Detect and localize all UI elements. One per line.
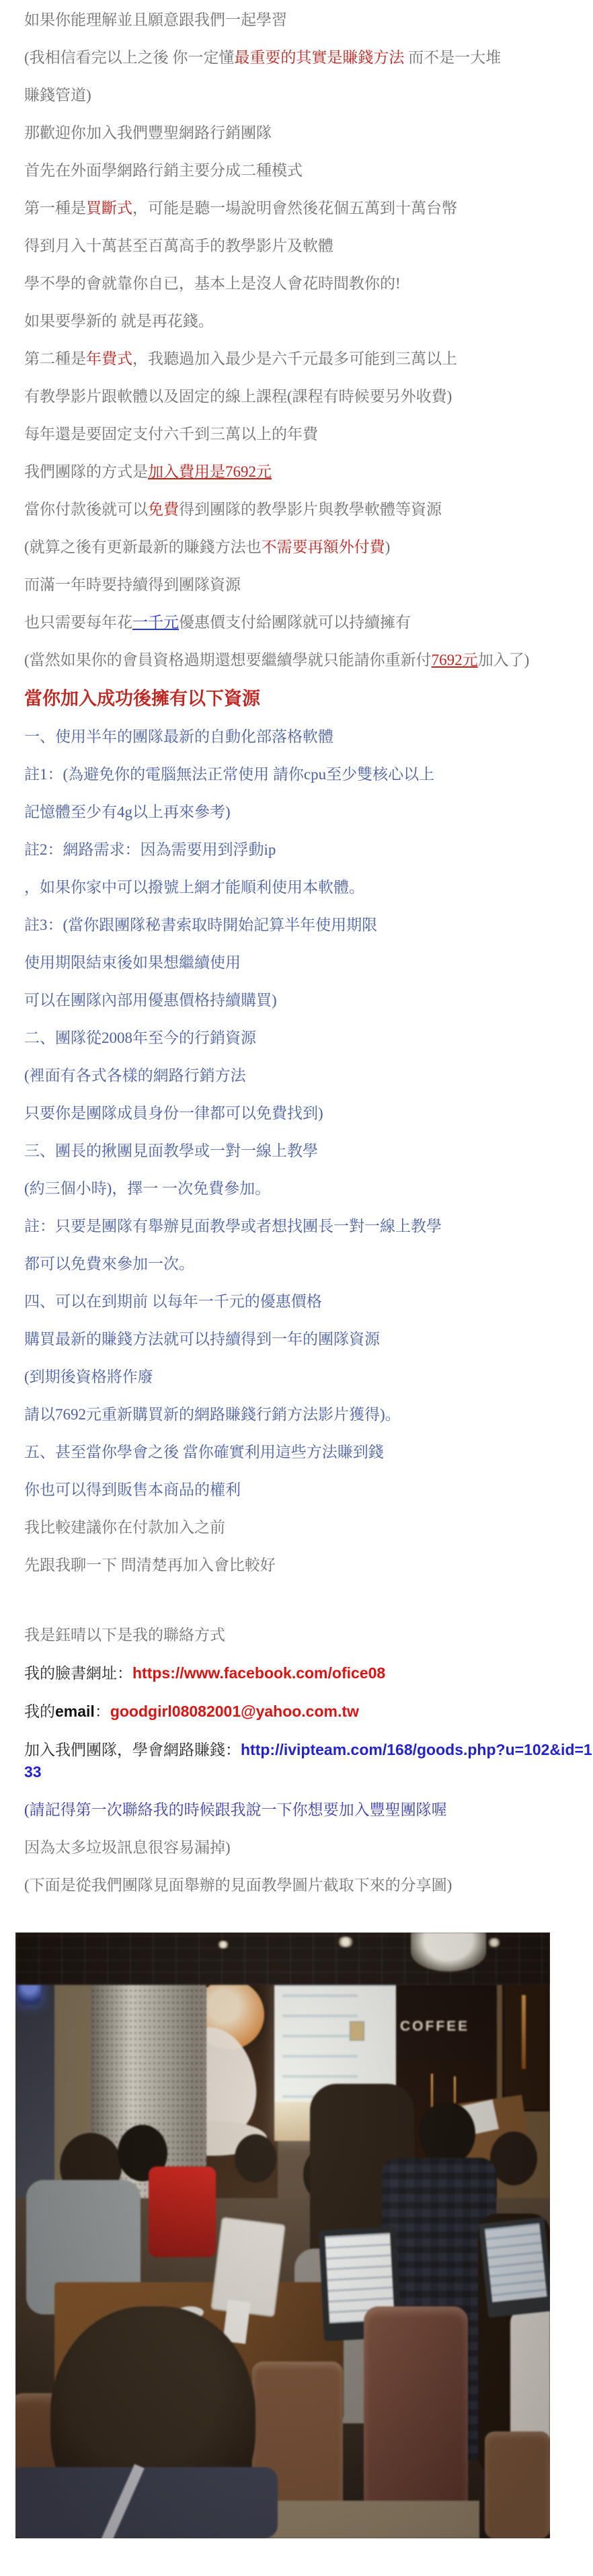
paragraph: 有教學影片跟軟體以及固定的線上課程(課程有時候要另外收費) [24,386,593,407]
paragraph: 五、甚至當你學會之後 當你確實利用這些方法賺到錢 [24,1442,593,1463]
text-segment: ) [385,539,391,555]
paragraph: 每年還是要固定支付六千到三萬以上的年費 [24,424,593,445]
paragraph: 使用期限結束後如果想繼續使用 [24,952,593,974]
paragraph: 第一種是買斷式，可能是聽一場說明會然後花個五萬到十萬台幣 [24,198,593,219]
paragraph: 先跟我聊一下 問清楚再加入會比較好 [24,1555,593,1576]
paragraph: 因為太多垃圾訊息很容易漏掉) [24,1837,593,1859]
paragraph: 只要你是團隊成員身份一律都可以免費找到) [24,1103,593,1124]
text-segment: (請記得第一次聯絡我的時候跟我說一下你想要加入豐聖團隊喔 [24,1801,447,1818]
paragraph: 註：只要是團隊有舉辦見面教學或者想找團長一對一線上教學 [24,1216,593,1237]
paragraph: (就算之後有更新最新的賺錢方法也不需要再額外付費) [24,537,593,558]
paragraph: (下面是從我們團隊見面舉辦的見面教學圖片截取下來的分享圖) [24,1875,593,1896]
text-segment: 購買最新的賺錢方法就可以持續得到一年的團隊資源 [24,1331,380,1348]
paragraph: (請記得第一次聯絡我的時候跟我說一下你想要加入豐聖團隊喔 [24,1799,593,1821]
text-segment: 得到團隊的教學影片與教學軟體等資源 [179,501,442,518]
text-segment: 年費式 [86,350,132,367]
text-segment: 都可以免費來參加一次。 [24,1255,194,1272]
text-segment: 買斷式 [86,200,132,217]
paragraph: 學不學的會就靠你自已，基本上是沒人會花時間教你的! [24,273,593,295]
text-segment: email [55,1703,95,1720]
text-segment: 因為太多垃圾訊息很容易漏掉) [24,1839,231,1856]
paragraph: 而滿一年時要持續得到團隊資源 [24,574,593,596]
text-segment: 加入了) [478,652,530,668]
paragraph: 如果你能理解並且願意跟我們一起學習 [24,9,593,31]
paragraph: 註2：網路需求：因為需要用到浮動ip [24,839,593,861]
text-segment: 使用期限結束後如果想繼續使用 [24,954,241,971]
paragraph: 首先在外面學網路行銷主要分成二種模式 [24,160,593,182]
text-segment: 我的臉書網址： [24,1665,132,1682]
text-segment: (下面是從我們團隊見面舉辦的見面教學圖片截取下來的分享圖) [24,1877,452,1894]
paragraph: 我比較建議你在付款加入之前 [24,1517,593,1538]
text-segment: 有教學影片跟軟體以及固定的線上課程(課程有時候要另外收費) [24,388,452,405]
paragraph: 請以7692元重新購買新的網路賺錢行銷方法影片獲得)。 [24,1404,593,1426]
text-segment: 我是鈺晴以下是我的聯絡方式 [24,1627,225,1643]
paragraph: 註3：(當你跟團隊秘書索取時開始記算半年使用期限 [24,914,593,936]
link[interactable]: goodgirl08082001@yahoo.com.tw [110,1703,359,1720]
paragraph: (到期後資格將作廢 [24,1366,593,1388]
text-segment: 註：只要是團隊有舉辦見面教學或者想找團長一對一線上教學 [24,1218,442,1235]
text-segment: ，可能是聽一場說明會然後花個五萬到十萬台幣 [132,200,457,217]
text-segment: 第二種是 [24,350,86,367]
paragraph: 賺錢管道) [24,85,593,106]
text-segment: (約三個小時)，擇一 一次免費參加。 [24,1180,270,1197]
text-segment: 而滿一年時要持續得到團隊資源 [24,576,241,593]
text-segment: 第一種是 [24,200,86,217]
paragraph: 當你付款後就可以免費得到團隊的教學影片與教學軟體等資源 [24,499,593,520]
text-segment: (就算之後有更新最新的賺錢方法也 [24,539,262,555]
text-segment: 我們團隊的方式是 [24,463,148,480]
paragraph: 二、團隊從2008年至今的行銷資源 [24,1027,593,1049]
text-segment: 你也可以得到販售本商品的權利 [24,1481,241,1498]
text-segment: 記憶體至少有4g以上再來參考) [24,804,231,820]
paragraph: 三、團長的揪團見面教學或一對一線上教學 [24,1140,593,1162]
text-segment: 請以7692元重新購買新的網路賺錢行銷方法影片獲得)。 [24,1406,401,1423]
text-segment: 不需要再額外付費 [262,539,385,555]
link[interactable]: https://www.facebook.com/ofice08 [132,1664,385,1682]
text-segment: 我比較建議你在付款加入之前 [24,1519,225,1536]
paragraph: ，如果你家中可以撥號上網才能順利使用本軟體。 [24,877,593,898]
text-segment: ，我聽過加入最少是六千元最多可能到三萬以上 [132,350,457,367]
paragraph: 我的email：goodgirl08082001@yahoo.com.tw [24,1701,593,1723]
section-heading: 當你加入成功後擁有以下資源 [24,687,593,710]
paragraph: (當然如果你的會員資格過期還想要繼續學就只能請你重新付7692元加入了) [24,650,593,671]
text-segment: 可以在團隊內部用優惠價格持續購買) [24,992,277,1009]
text-segment: (裡面有各式各樣的網路行銷方法 [24,1067,246,1084]
text-segment: (當然如果你的會員資格過期還想要繼續學就只能請你重新付 [24,652,432,668]
paragraph: 我是鈺晴以下是我的聯絡方式 [24,1625,593,1646]
text-segment: 每年還是要固定支付六千到三萬以上的年費 [24,426,318,442]
text-segment: 二、團隊從2008年至今的行銷資源 [24,1029,256,1046]
seminar-photo: COFFEE [15,1933,550,2538]
text-segment: 當你付款後就可以 [24,501,148,518]
link[interactable]: 一千元 [132,614,179,631]
text-segment: 如果要學新的 就是再花錢。 [24,313,214,329]
text-segment: 註3：(當你跟團隊秘書索取時開始記算半年使用期限 [24,916,377,933]
paragraph: 你也可以得到販售本商品的權利 [24,1479,593,1501]
link[interactable]: 加入費用是7692元 [148,463,272,480]
paragraph: (裡面有各式各樣的網路行銷方法 [24,1065,593,1087]
paragraph: 都可以免費來參加一次。 [24,1253,593,1275]
text-segment: 四、可以在到期前 以每年一千元的優惠價格 [24,1293,322,1310]
link[interactable]: 7692元 [432,652,478,668]
text-segment: 我的 [24,1703,55,1720]
text-segment: ，如果你家中可以撥號上網才能順利使用本軟體。 [24,879,364,896]
paragraph: 購買最新的賺錢方法就可以持續得到一年的團隊資源 [24,1329,593,1350]
text-segment: 那歡迎你加入我們豐聖網路行銷團隊 [24,124,272,141]
photo-vignette [15,1933,550,2538]
text-segment: 首先在外面學網路行銷主要分成二種模式 [24,162,303,179]
text-segment: (到期後資格將作廢 [24,1368,153,1385]
paragraph: 我的臉書網址：https://www.facebook.com/ofice08 [24,1662,593,1684]
paragraph: 四、可以在到期前 以每年一千元的優惠價格 [24,1291,593,1313]
paragraph: 加入我們團隊，學會網路賺錢：http://ivipteam.com/168/go… [24,1739,593,1783]
paragraph: 那歡迎你加入我們豐聖網路行銷團隊 [24,122,593,144]
text-segment: 也只需要每年花 [24,614,132,631]
text-segment: 得到月入十萬甚至百萬高手的教學影片及軟體 [24,237,333,254]
paragraph: (我相信看完以上之後 你一定懂最重要的其實是賺錢方法 而不是一大堆 [24,47,593,69]
paragraph: 一、使用半年的團隊最新的自動化部落格軟體 [24,726,593,748]
text-segment: 只要你是團隊成員身份一律都可以免費找到) [24,1105,323,1122]
text-segment: 賺錢管道) [24,87,91,104]
text-segment: 先跟我聊一下 問清楚再加入會比較好 [24,1557,276,1573]
text-segment: 最重要的其實是賺錢方法 [234,49,404,66]
text-segment: 如果你能理解並且願意跟我們一起學習 [24,11,287,28]
text-segment: (我相信看完以上之後 你一定懂 [24,49,234,66]
paragraph: 如果要學新的 就是再花錢。 [24,311,593,332]
text-segment: 優惠價支付給團隊就可以持續擁有 [179,614,411,631]
paragraph: 我們團隊的方式是加入費用是7692元 [24,461,593,483]
text-segment: 當你加入成功後擁有以下資源 [24,689,260,709]
paragraph: 也只需要每年花一千元優惠價支付給團隊就可以持續擁有 [24,612,593,633]
text-segment: 註1：(為避免你的電腦無法正常使用 請你cpu至少雙核心以上 [24,766,434,783]
text-segment: 五、甚至當你學會之後 當你確實利用這些方法賺到錢 [24,1444,384,1460]
text-segment: 三、團長的揪團見面教學或一對一線上教學 [24,1142,318,1159]
text-segment: 註2：網路需求：因為需要用到浮動ip [24,841,276,858]
article-body: 如果你能理解並且願意跟我們一起學習(我相信看完以上之後 你一定懂最重要的其實是賺… [0,0,593,1912]
paragraph: 註1：(為避免你的電腦無法正常使用 請你cpu至少雙核心以上 [24,764,593,785]
paragraph: 第二種是年費式，我聽過加入最少是六千元最多可能到三萬以上 [24,348,593,370]
paragraph: 可以在團隊內部用優惠價格持續購買) [24,990,593,1011]
text-segment: ： [95,1703,110,1720]
paragraph: 得到月入十萬甚至百萬高手的教學影片及軟體 [24,235,593,257]
text-segment: 一、使用半年的團隊最新的自動化部落格軟體 [24,728,333,745]
text-segment: 加入我們團隊，學會網路賺錢： [24,1742,241,1758]
text-segment: 而不是一大堆 [404,49,501,66]
text-segment: 學不學的會就靠你自已，基本上是沒人會花時間教你的! [24,275,401,292]
paragraph: (約三個小時)，擇一 一次免費參加。 [24,1178,593,1200]
paragraph: 記憶體至少有4g以上再來參考) [24,802,593,823]
text-segment: 免費 [148,501,179,518]
